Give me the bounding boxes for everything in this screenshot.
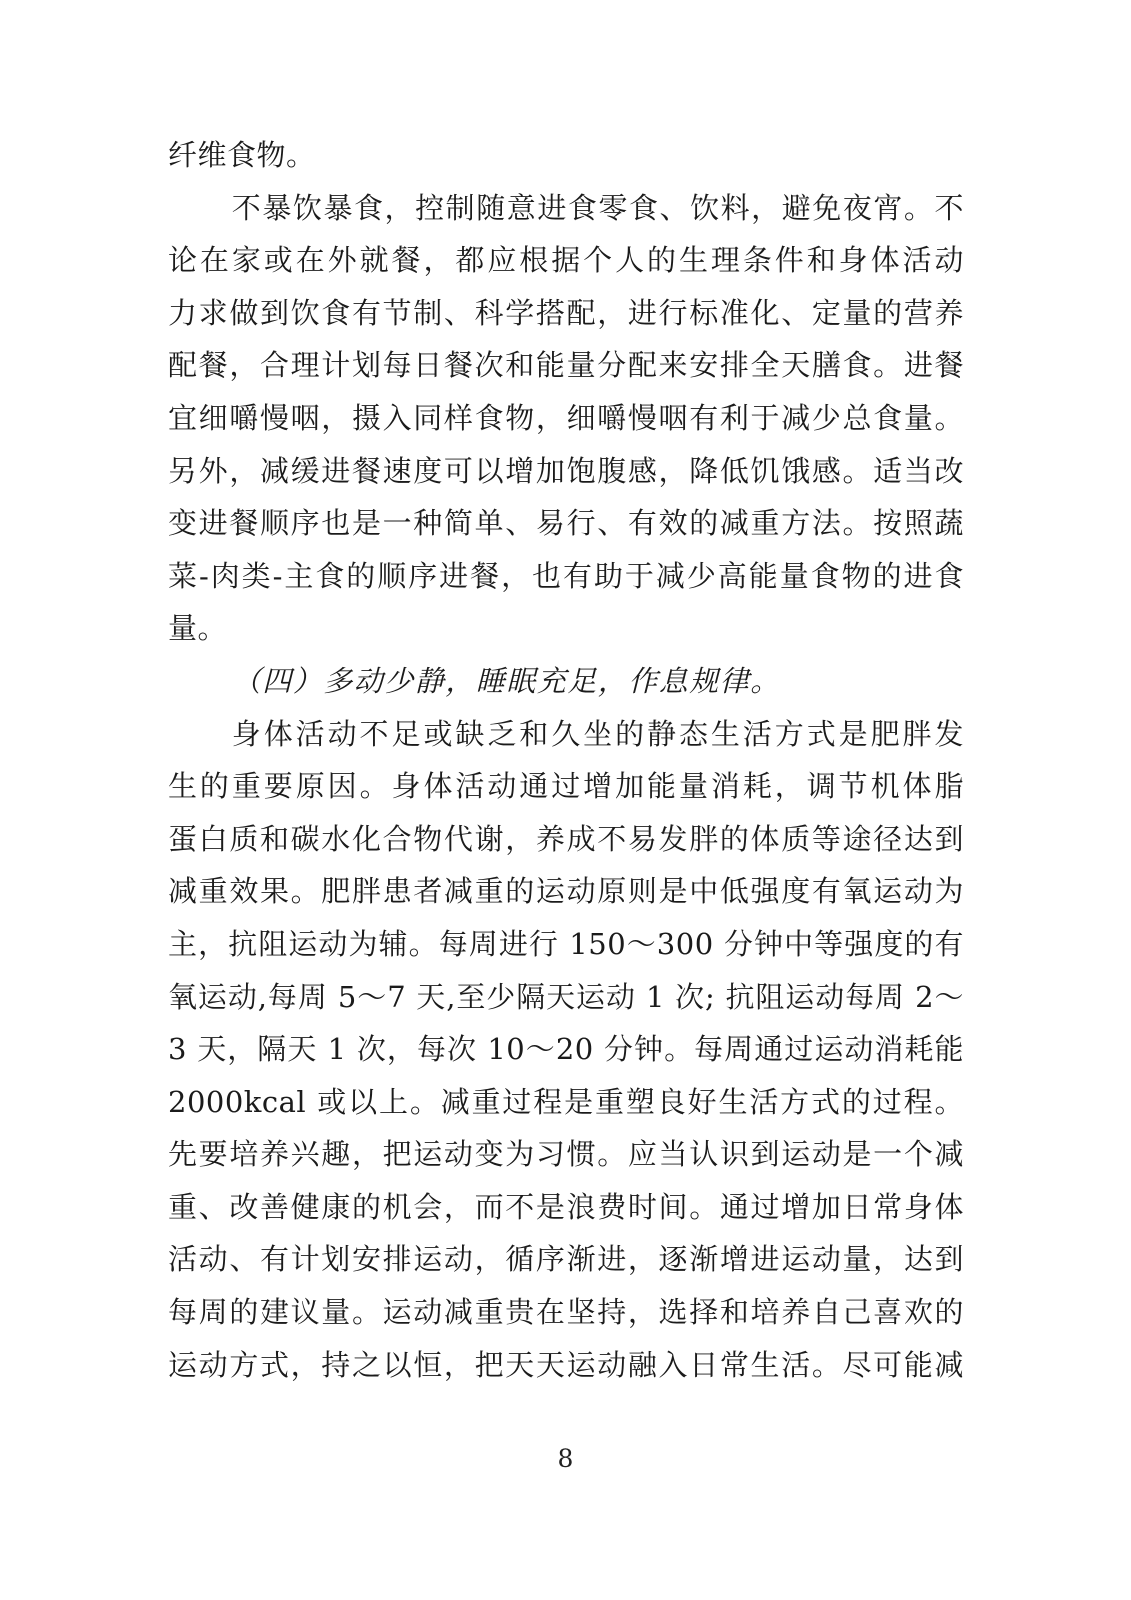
document-body: 纤维食物。 不暴饮暴食，控制随意进食零食、饮料，避免夜宵。不 论在家或在外就餐，… [168,129,964,1391]
text-line: 不暴饮暴食，控制随意进食零食、饮料，避免夜宵。不 [168,182,964,235]
text-line: 量。 [168,602,964,655]
text-line: 3 天，隔天 1 次，每次 10～20 分钟。每周通过运动消耗能量 [168,1023,964,1076]
text-line: 蛋白质和碳水化合物代谢，养成不易发胖的体质等途径达到 [168,813,964,866]
section-heading: （四）多动少静，睡眠充足，作息规律。 [168,655,964,708]
text-line: 力求做到饮食有节制、科学搭配，进行标准化、定量的营养 [168,287,964,340]
text-line: 论在家或在外就餐，都应根据个人的生理条件和身体活动量， [168,234,964,287]
text-line: 宜细嚼慢咽，摄入同样食物，细嚼慢咽有利于减少总食量。 [168,392,964,445]
text-line: 主，抗阻运动为辅。每周进行 150～300 分钟中等强度的有 [168,918,964,971]
text-line: 配餐，合理计划每日餐次和能量分配来安排全天膳食。进餐 [168,339,964,392]
text-line: 另外，减缓进餐速度可以增加饱腹感，降低饥饿感。适当改 [168,445,964,498]
text-line: 身体活动不足或缺乏和久坐的静态生活方式是肥胖发 [168,708,964,761]
document-page: 纤维食物。 不暴饮暴食，控制随意进食零食、饮料，避免夜宵。不 论在家或在外就餐，… [0,0,1131,1600]
text-line: 运动方式，持之以恒，把天天运动融入日常生活。尽可能减 [168,1339,964,1392]
text-line: 重、改善健康的机会，而不是浪费时间。通过增加日常身体 [168,1181,964,1234]
text-line: 每周的建议量。运动减重贵在坚持，选择和培养自己喜欢的 [168,1286,964,1339]
text-line: 变进餐顺序也是一种简单、易行、有效的减重方法。按照蔬 [168,497,964,550]
text-line: 2000kcal 或以上。减重过程是重塑良好生活方式的过程。首 [168,1076,964,1129]
text-line: 减重效果。肥胖患者减重的运动原则是中低强度有氧运动为 [168,865,964,918]
page-number: 8 [0,1444,1131,1473]
text-line: 生的重要原因。身体活动通过增加能量消耗，调节机体脂肪、 [168,760,964,813]
text-line: 先要培养兴趣，把运动变为习惯。应当认识到运动是一个减 [168,1128,964,1181]
text-line: 活动、有计划安排运动，循序渐进，逐渐增进运动量，达到 [168,1233,964,1286]
text-line: 菜-肉类-主食的顺序进餐，也有助于减少高能量食物的进食 [168,550,964,603]
text-line: 氧运动,每周 5～7 天,至少隔天运动 1 次; 抗阻运动每周 2～ [168,971,964,1024]
text-line: 纤维食物。 [168,129,964,182]
